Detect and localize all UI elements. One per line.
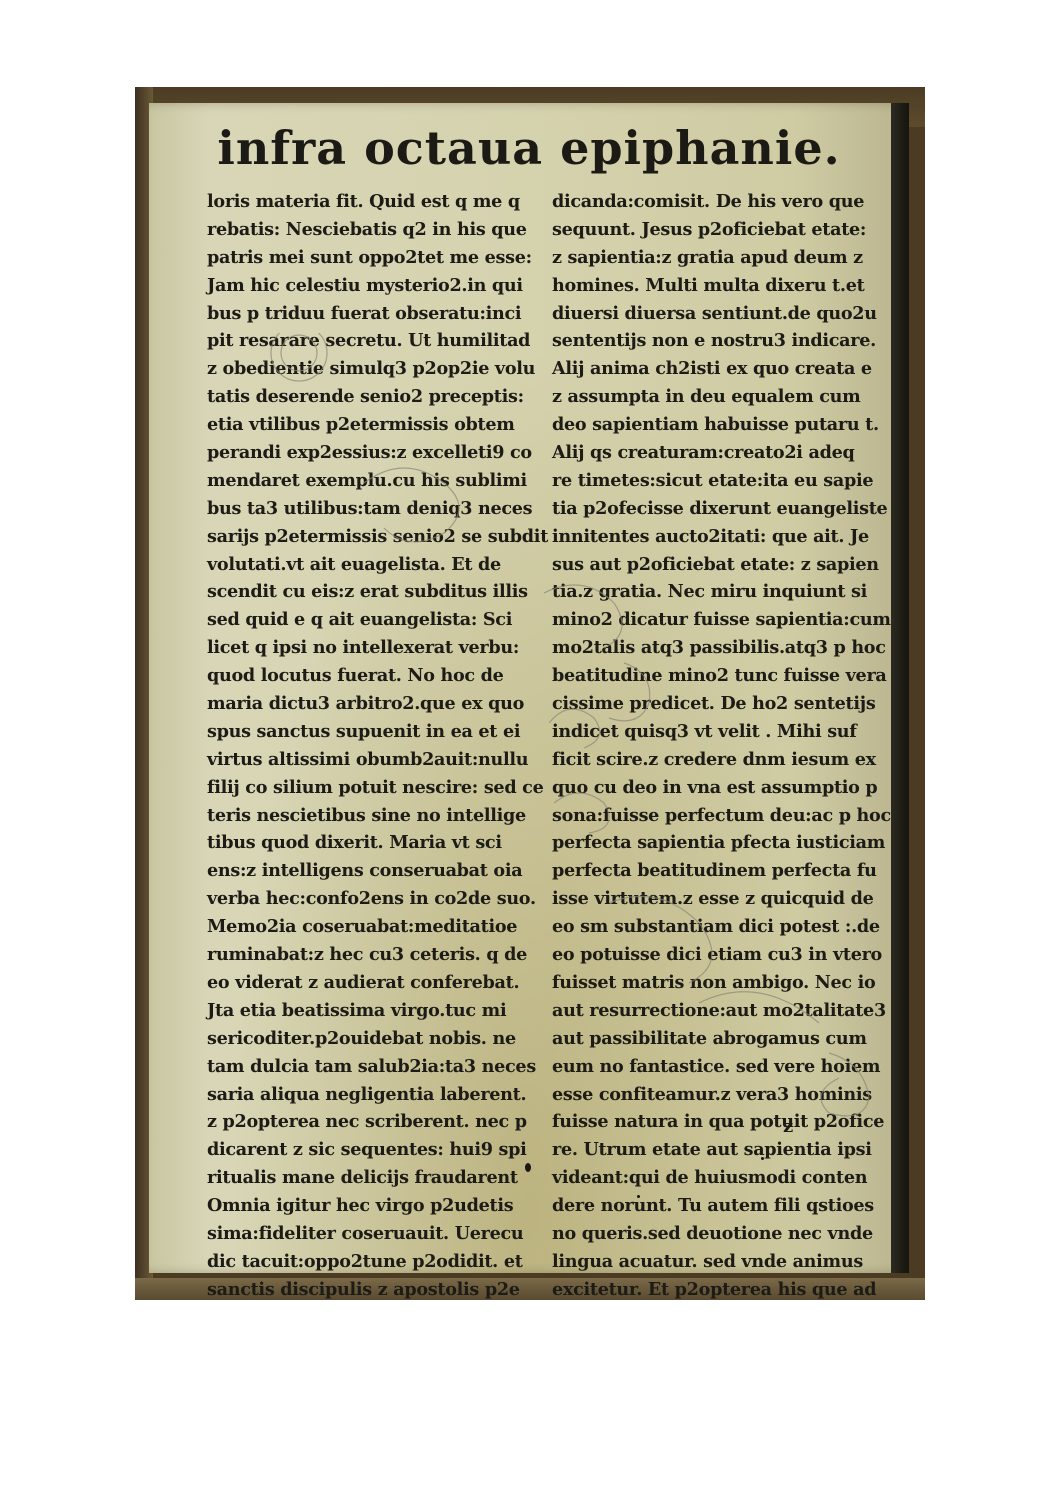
- text-line: loris materia fit. Quid est q me q: [207, 188, 547, 216]
- text-line: scendit cu eis:z erat subditus illis: [207, 578, 547, 606]
- text-line: ritualis mane delicijs fraudarent: [207, 1164, 547, 1192]
- text-line: quod locutus fuerat. No hoc de: [207, 662, 547, 690]
- text-line: sona:fuisse perfectum deu:ac p hoc: [552, 802, 897, 830]
- book-page: infra octaua epiphanie. loris materia fi…: [149, 103, 909, 1273]
- text-line: videant:qui de huiusmodi conten: [552, 1164, 897, 1192]
- text-line: re timetes:sicut etate:ita eu sapie: [552, 467, 897, 495]
- text-line: z assumpta in deu equalem cum: [552, 383, 897, 411]
- page-photograph: infra octaua epiphanie. loris materia fi…: [135, 87, 925, 1300]
- text-line: ens:z intelligens conseruabat oia: [207, 857, 547, 885]
- text-line: no queris.sed deuotione nec vnde: [552, 1220, 897, 1248]
- text-line: z sapientia:z gratia apud deum z: [552, 244, 897, 272]
- text-line: mo2talis atq3 passibilis.atq3 p hoc: [552, 634, 897, 662]
- text-line: eum no fantastice. sed vere hoiem: [552, 1053, 897, 1081]
- text-line: diuersi diuersa sentiunt.de quo2u: [552, 300, 897, 328]
- text-line: homines. Multi multa dixeru t.et: [552, 272, 897, 300]
- text-line: indicet quisq3 vt velit . Mihi suf: [552, 718, 897, 746]
- text-line: innitentes aucto2itati: que ait. Je: [552, 523, 897, 551]
- text-line: eo sm substantiam dici potest :.de: [552, 913, 897, 941]
- text-line: ruminabat:z hec cu3 ceteris. q de: [207, 941, 547, 969]
- text-line: volutati.vt ait euagelista. Et de: [207, 551, 547, 579]
- text-line: bus p triduu fuerat obseratu:inci: [207, 300, 547, 328]
- text-line: sarijs p2etermissis senio2 se subdit: [207, 523, 547, 551]
- text-line: dic tacuit:oppo2tune p2odidit. et: [207, 1248, 547, 1276]
- right-text-column: dicanda:comisit. De his vero quesequunt.…: [552, 188, 897, 1300]
- text-line: Omnia igitur hec virgo p2udetis: [207, 1192, 547, 1220]
- text-line: maria dictu3 arbitro2.que ex quo: [207, 690, 547, 718]
- text-line: perfecta beatitudinem perfecta fu: [552, 857, 897, 885]
- running-head: infra octaua epiphanie.: [149, 121, 909, 175]
- text-line: deo sapientiam habuisse putaru t.: [552, 411, 897, 439]
- text-line: fuisse natura in qua potuit p2ofice: [552, 1108, 897, 1136]
- text-line: mendaret exemplu.cu his sublimi: [207, 467, 547, 495]
- text-line: rebatis: Nesciebatis q2 in his que: [207, 216, 547, 244]
- ink-spot: [761, 1157, 764, 1160]
- text-line: sententijs non e nostru3 indicare.: [552, 327, 897, 355]
- text-line: re. Utrum etate aut sapientia ipsi: [552, 1136, 897, 1164]
- text-line: dicarent z sic sequentes: hui9 spi: [207, 1136, 547, 1164]
- text-line: isse virtutem.z esse z quicquid de: [552, 885, 897, 913]
- text-line: aut resurrectione:aut mo2talitate3: [552, 997, 897, 1025]
- text-line: z p2opterea nec scriberent. nec p: [207, 1108, 547, 1136]
- text-line: dere norunt. Tu autem fili qstioes: [552, 1192, 897, 1220]
- text-line: cissime predicet. De ho2 sentetijs: [552, 690, 897, 718]
- ink-spot: [637, 1195, 640, 1198]
- text-line: tam dulcia tam salub2ia:ta3 neces: [207, 1053, 547, 1081]
- text-line: beatitudine mino2 tunc fuisse vera: [552, 662, 897, 690]
- text-line: virtus altissimi obumb2auit:nullu: [207, 746, 547, 774]
- text-line: sima:fideliter coseruauit. Uerecu: [207, 1220, 547, 1248]
- text-line: tibus quod dixerit. Maria vt sci: [207, 829, 547, 857]
- text-line: teris nescietibus sine no intellige: [207, 802, 547, 830]
- text-line: saria aliqua negligentia laberent.: [207, 1081, 547, 1109]
- text-line: Jta etia beatissima virgo.tuc mi: [207, 997, 547, 1025]
- text-line: Alij qs creaturam:creato2i adeq: [552, 439, 897, 467]
- text-line: sed quid e q ait euangelista: Sci: [207, 606, 547, 634]
- text-line: Jam hic celestiu mysterio2.in qui: [207, 272, 547, 300]
- text-line: bus ta3 utilibus:tam deniq3 neces: [207, 495, 547, 523]
- text-line: filij co silium potuit nescire: sed ce: [207, 774, 547, 802]
- text-line: patris mei sunt oppo2tet me esse:: [207, 244, 547, 272]
- text-line: spus sanctus supuenit in ea et ei: [207, 718, 547, 746]
- text-line: lingua acuatur. sed vnde animus: [552, 1248, 897, 1276]
- text-line: pit resarare secretu. Ut humilitad: [207, 327, 547, 355]
- text-line: perandi exp2essius:z excelleti9 co: [207, 439, 547, 467]
- text-line: tatis deserende senio2 preceptis:: [207, 383, 547, 411]
- text-line: quo cu deo in vna est assumptio p: [552, 774, 897, 802]
- text-line: ficit scire.z credere dnm iesum ex: [552, 746, 897, 774]
- text-line: etia vtilibus p2etermissis obtem: [207, 411, 547, 439]
- ink-spot: [525, 1163, 531, 1172]
- text-line: Alij anima ch2isti ex quo creata e: [552, 355, 897, 383]
- text-line: eo viderat z audierat conferebat.: [207, 969, 547, 997]
- text-line: sequunt. Jesus p2oficiebat etate:: [552, 216, 897, 244]
- text-line: tia.z gratia. Nec miru inquiunt si: [552, 578, 897, 606]
- text-line: sanctis discipulis z apostolis p2e: [207, 1276, 547, 1300]
- text-line: excitetur. Et p2opterea his que ad: [552, 1276, 897, 1300]
- text-line: tia p2ofecisse dixerunt euangeliste: [552, 495, 897, 523]
- text-line: eo potuisse dici etiam cu3 in vtero: [552, 941, 897, 969]
- text-line: esse confiteamur.z vera3 hominis: [552, 1081, 897, 1109]
- text-line: sericoditer.p2ouidebat nobis. ne: [207, 1025, 547, 1053]
- text-line: aut passibilitate abrogamus cum: [552, 1025, 897, 1053]
- text-line: Memo2ia coseruabat:meditatioe: [207, 913, 547, 941]
- left-text-column: loris materia fit. Quid est q me qrebati…: [207, 188, 547, 1300]
- text-line: z obedientie simulq3 p2op2ie volu: [207, 355, 547, 383]
- text-line: perfecta sapientia pfecta iusticiam: [552, 829, 897, 857]
- text-line: fuisset matris non ambigo. Nec io: [552, 969, 897, 997]
- text-line: mino2 dicatur fuisse sapientia:cum: [552, 606, 897, 634]
- text-line: verba hec:confo2ens in co2de suo.: [207, 885, 547, 913]
- signature-mark: z: [783, 1116, 793, 1137]
- text-line: dicanda:comisit. De his vero que: [552, 188, 897, 216]
- text-line: sus aut p2oficiebat etate: z sapien: [552, 551, 897, 579]
- text-line: licet q ipsi no intellexerat verbu:: [207, 634, 547, 662]
